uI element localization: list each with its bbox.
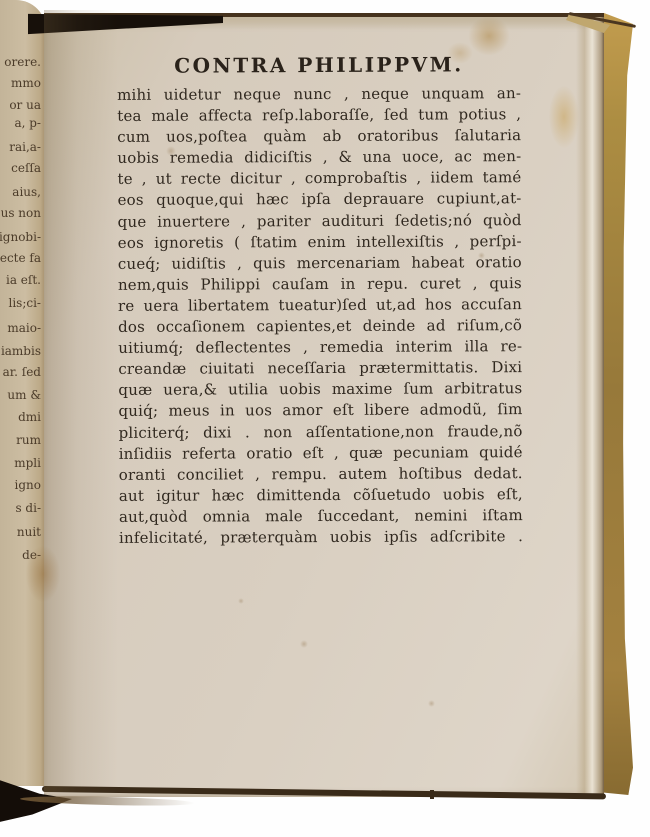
- text-line: cueq́; uidiſtis , quis mercenariam habea…: [118, 252, 522, 275]
- text-line: aut,quòd omnia male ſuccedant, nemini iſ…: [119, 505, 523, 528]
- facing-page-text-fragment: ecte fa: [0, 251, 41, 265]
- text-line: eos quoque,qui hæc ipſa deprauare cupiun…: [118, 189, 522, 212]
- facing-page-text-fragment: mpli: [0, 456, 41, 470]
- page-right-crease: [576, 17, 604, 797]
- book-photo: orere. mmo or ua a, p- rai,a- ceſſa aius…: [0, 0, 650, 837]
- facing-page-text-fragment: dmi: [0, 410, 41, 424]
- text-line: nem,quis Philippi cauſam in repu. curet …: [118, 273, 522, 296]
- facing-page-text-fragment: maio-: [0, 321, 41, 335]
- facing-page-text-fragment: or ua: [0, 98, 41, 112]
- facing-page-text-fragment: ia eſt.: [0, 273, 41, 287]
- text-line: cum uos,poſtea quàm ab oratoribus ſaluta…: [117, 125, 521, 148]
- facing-page-text-fragment: ar. ſed: [0, 365, 41, 379]
- ink-speck: [430, 790, 434, 799]
- text-line: uobis remedia didiciſtis , & una uoce, a…: [117, 146, 521, 169]
- facing-page-text-fragment: rai,a-: [0, 140, 41, 154]
- text-line: uitiumq́; deflectentes , remedia interim…: [118, 336, 522, 359]
- facing-page-text-fragment: ceſſa: [0, 161, 41, 175]
- facing-page-text-fragment: mmo: [0, 76, 41, 90]
- facing-page-text-fragment: us non: [0, 206, 41, 220]
- text-line: tea male affecta reſp.laboraſſe, ſed tum…: [117, 104, 521, 127]
- facing-page-edge: orere. mmo or ua a, p- rai,a- ceſſa aius…: [0, 0, 46, 786]
- text-line: pliciterq́; dixi . non aſſentatione,non …: [119, 421, 523, 444]
- facing-page-text-fragment: igno: [0, 478, 41, 492]
- text-line: inſidiis referta oratio eſt , quæ pecuni…: [119, 442, 523, 465]
- facing-page-text-fragment: iambis: [0, 344, 41, 358]
- text-line: te , ut recte dicitur , comprobaſtis , i…: [117, 167, 521, 190]
- text-line: creandæ ciuitati neceſſaria prætermittat…: [118, 357, 522, 380]
- text-line: dos occaſionem capientes,et deinde ad ri…: [118, 315, 522, 338]
- facing-page-text-fragment: de-: [0, 548, 41, 562]
- facing-page-text-fragment: lis;ci-: [0, 296, 41, 310]
- facing-page-text-fragment: ignobi-: [0, 230, 41, 244]
- facing-page-text-fragment: a, p-: [0, 116, 41, 130]
- text-line: que inuertere , pariter audituri ſedetis…: [118, 210, 522, 233]
- page-heading: CONTRA PHILIPPVM.: [117, 52, 521, 78]
- gilt-fore-edge: [604, 13, 633, 795]
- facing-page-text-fragment: orere.: [0, 55, 41, 69]
- text-line: eos ignoretis ( ſtatim enim intellexiſti…: [118, 231, 522, 254]
- text-line: quiq́; meus in uos amor eſt libere admod…: [118, 400, 522, 423]
- facing-page-text-fragment: um &: [0, 388, 41, 402]
- text-line: re uera libertatem tueatur)ſed ut,ad hos…: [118, 294, 522, 317]
- facing-page-text-fragment: rum: [0, 433, 41, 447]
- facing-page-text-fragment: s di-: [0, 501, 41, 515]
- facing-page-text-fragment: nuit: [0, 525, 41, 539]
- text-line: quæ uera,& utilia uobis maxime ſum arbit…: [118, 378, 522, 401]
- facing-page-text-fragment: aius,: [0, 185, 41, 199]
- text-line: mihi uidetur neque nunc , neque unquam a…: [117, 83, 521, 106]
- text-line: infelicitaté, præterquàm uobis ipſis adſ…: [119, 526, 523, 549]
- text-line: aut igitur hæc dimittenda cõſuetudo uobi…: [119, 484, 523, 507]
- text-line: oranti conciliet , rempu. autem hoſtibus…: [119, 463, 523, 486]
- book-page: CONTRA PHILIPPVM. mihi uidetur neque nun…: [44, 13, 604, 797]
- text-block: CONTRA PHILIPPVM. mihi uidetur neque nun…: [117, 52, 523, 549]
